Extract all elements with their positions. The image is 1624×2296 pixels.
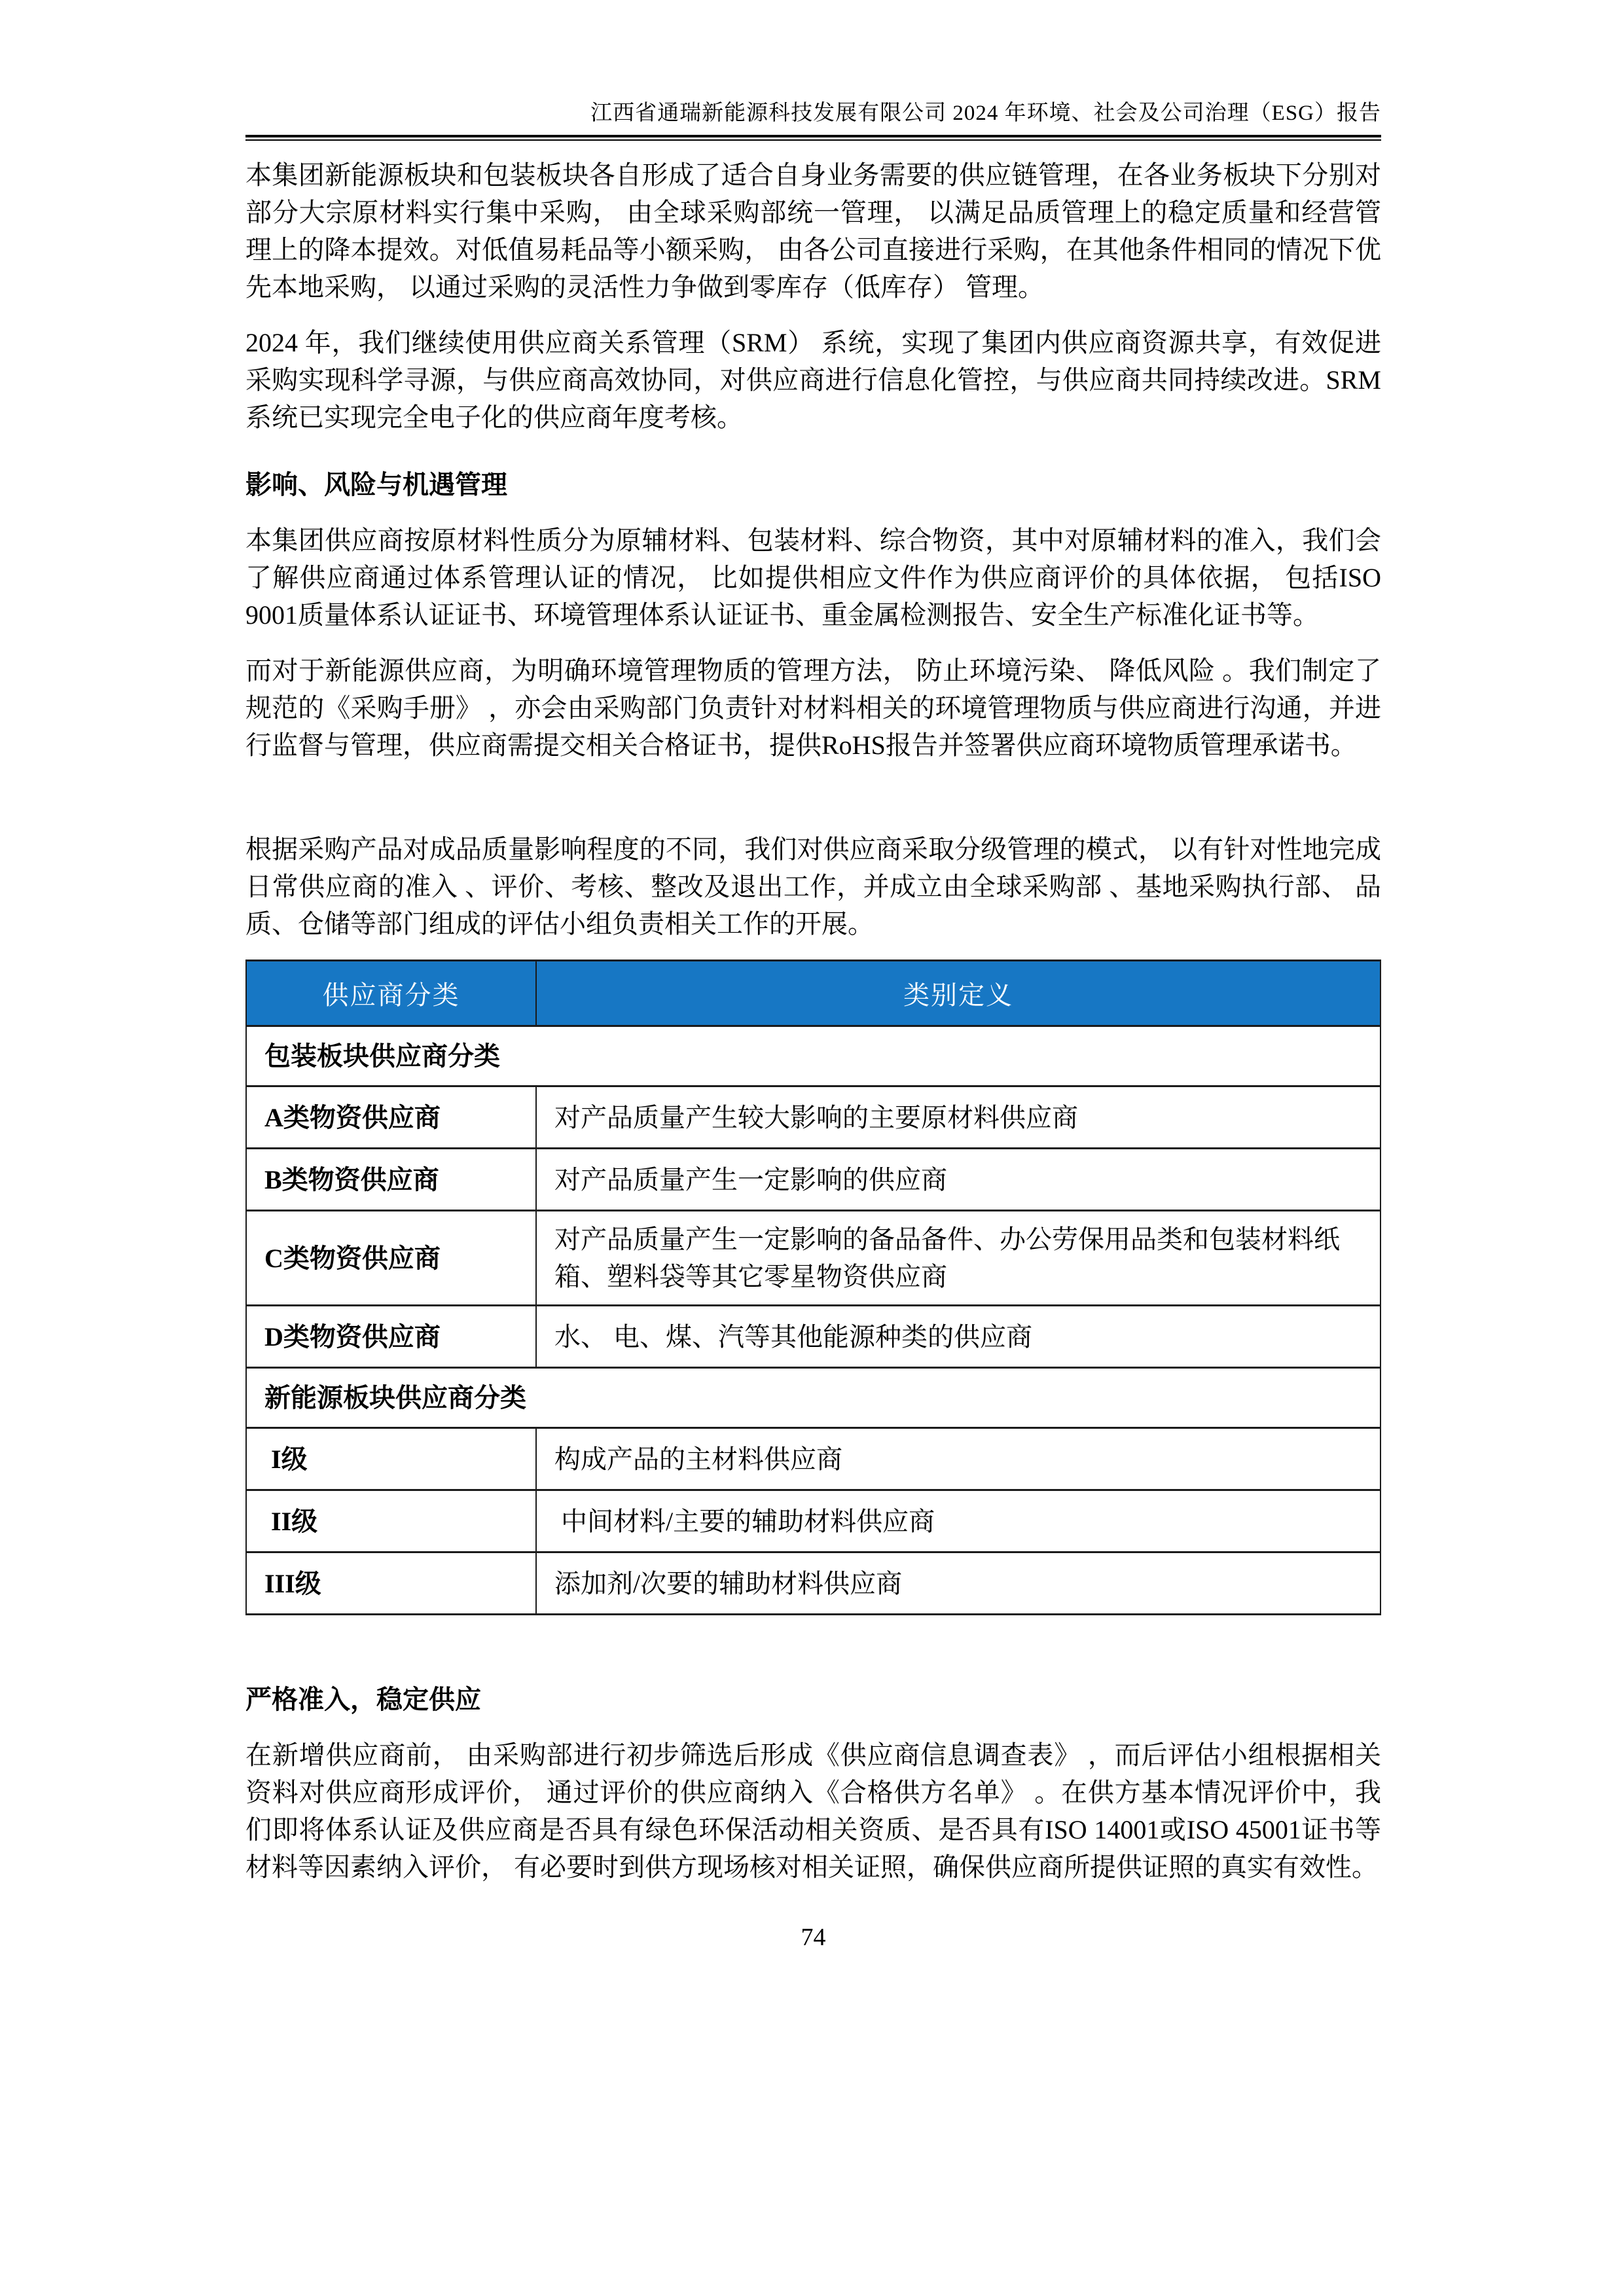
category-definition-cell: 对产品质量产生较大影响的主要原材料供应商: [536, 1086, 1380, 1149]
category-definition-cell: 对产品质量产生一定影响的供应商: [536, 1149, 1380, 1211]
supplier-category-cell: II级: [246, 1490, 536, 1552]
header-rule: [245, 135, 1381, 141]
table-row: C类物资供应商对产品质量产生一定影响的备品备件、办公劳保用品类和包装材料纸箱、塑…: [246, 1211, 1380, 1306]
table-header-row: 供应商分类 类别定义: [246, 961, 1380, 1026]
supplier-table-body: 包装板块供应商分类A类物资供应商对产品质量产生较大影响的主要原材料供应商B类物资…: [246, 1026, 1380, 1615]
section-label: 新能源板块供应商分类: [246, 1368, 1380, 1428]
supplier-category-cell: D类物资供应商: [246, 1306, 536, 1368]
supplier-category-cell: III级: [246, 1552, 536, 1615]
page-footer: 74: [245, 1921, 1381, 1954]
table-row: I级构成产品的主材料供应商: [246, 1428, 1380, 1490]
column-header-supplier-class: 供应商分类: [246, 961, 536, 1026]
paragraph-srm-system: 2024 年，我们继续使用供应商关系管理（SRM） 系统，实现了集团内供应商资源…: [245, 324, 1381, 436]
paragraph-supplier-admission-process: 在新增供应商前， 由采购部进行初步筛选后形成《供应商信息调查表》 ，而后评估小组…: [245, 1736, 1381, 1886]
header-title: 江西省通瑞新能源科技发展有限公司 2024 年环境、社会及公司治理（ESG）报告: [245, 98, 1381, 128]
column-header-category-definition: 类别定义: [536, 961, 1380, 1026]
table-section-row: 包装板块供应商分类: [246, 1026, 1380, 1086]
section-label: 包装板块供应商分类: [246, 1026, 1380, 1086]
table-row: III级添加剂/次要的辅助材料供应商: [246, 1552, 1380, 1615]
supplier-classification-table: 供应商分类 类别定义 包装板块供应商分类A类物资供应商对产品质量产生较大影响的主…: [245, 960, 1381, 1615]
supplier-category-cell: A类物资供应商: [246, 1086, 536, 1149]
supplier-category-cell: I级: [246, 1428, 536, 1490]
heading-impact-risk-opportunity: 影响、风险与机遇管理: [245, 466, 1381, 503]
paragraph-raw-material-admission: 本集团供应商按原材料性质分为原辅材料、包装材料、综合物资，其中对原辅材料的准入，…: [245, 522, 1381, 634]
paragraph-grading-management: 根据采购产品对成品质量影响程度的不同，我们对供应商采取分级管理的模式， 以有针对…: [245, 831, 1381, 942]
table-section-row: 新能源板块供应商分类: [246, 1368, 1380, 1428]
table-row: B类物资供应商对产品质量产生一定影响的供应商: [246, 1149, 1380, 1211]
page-header: 江西省通瑞新能源科技发展有限公司 2024 年环境、社会及公司治理（ESG）报告: [245, 98, 1381, 141]
table-row: II级 中间材料/主要的辅助材料供应商: [246, 1490, 1380, 1552]
category-definition-cell: 添加剂/次要的辅助材料供应商: [536, 1552, 1380, 1615]
heading-strict-admission: 严格准入，稳定供应: [245, 1681, 1381, 1718]
supplier-category-cell: B类物资供应商: [246, 1149, 536, 1211]
category-definition-cell: 水、 电、煤、汽等其他能源种类的供应商: [536, 1306, 1380, 1368]
category-definition-cell: 对产品质量产生一定影响的备品备件、办公劳保用品类和包装材料纸箱、塑料袋等其它零星…: [536, 1211, 1380, 1306]
supplier-category-cell: C类物资供应商: [246, 1211, 536, 1306]
page-number: 74: [801, 1924, 826, 1951]
category-definition-cell: 构成产品的主材料供应商: [536, 1428, 1380, 1490]
paragraph-new-energy-suppliers: 而对于新能源供应商，为明确环境管理物质的管理方法， 防止环境污染、 降低风险 。…: [245, 652, 1381, 764]
paragraph-supply-chain-management: 本集团新能源板块和包装板块各自形成了适合自身业务需要的供应链管理，在各业务板块下…: [245, 156, 1381, 306]
table-row: D类物资供应商水、 电、煤、汽等其他能源种类的供应商: [246, 1306, 1380, 1368]
category-definition-cell: 中间材料/主要的辅助材料供应商: [536, 1490, 1380, 1552]
table-row: A类物资供应商对产品质量产生较大影响的主要原材料供应商: [246, 1086, 1380, 1149]
document-page: 江西省通瑞新能源科技发展有限公司 2024 年环境、社会及公司治理（ESG）报告…: [0, 0, 1624, 2296]
